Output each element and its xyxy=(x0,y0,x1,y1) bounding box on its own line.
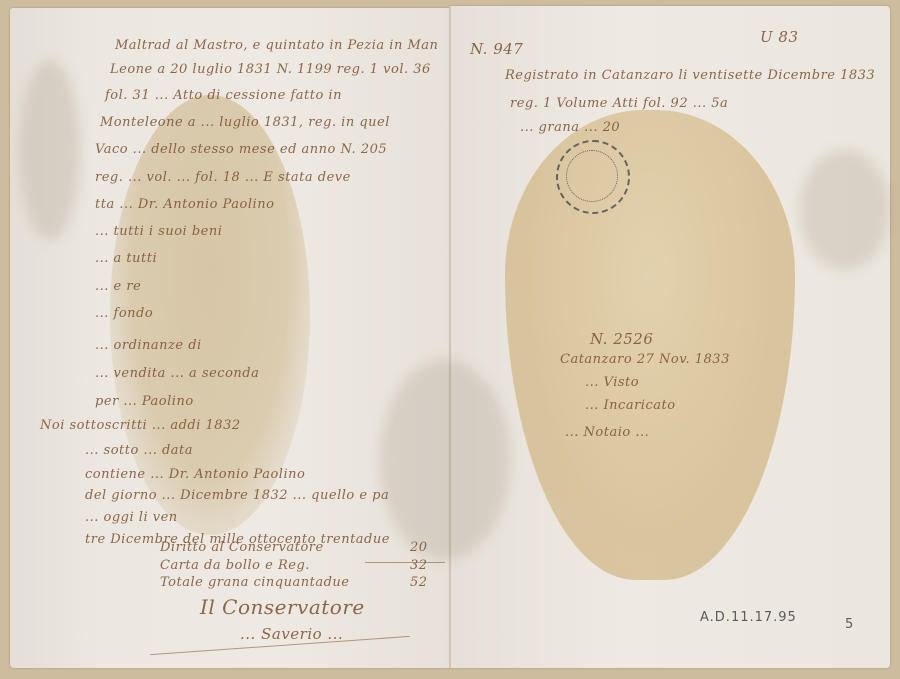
text-line: ... e re xyxy=(95,279,141,294)
signature-second: ... Saverio ... xyxy=(240,625,343,643)
edge-stain-right xyxy=(800,150,890,270)
text-line: ... vendita ... a seconda xyxy=(95,366,259,381)
ink-stamp xyxy=(556,140,630,214)
text-line: ... ordinanze di xyxy=(95,338,202,353)
text-line: ... oggi li ven xyxy=(85,510,178,525)
fee-label: Carta da bollo e Reg. xyxy=(160,558,310,573)
stain-note: ... Incaricato xyxy=(585,398,676,413)
text-line: del giorno ... Dicembre 1832 ... quello … xyxy=(85,488,389,503)
document-number: N. 947 xyxy=(470,40,523,58)
text-line: Leone a 20 luglio 1831 N. 1199 reg. 1 vo… xyxy=(110,62,431,77)
catalog-number: A.D.11.17.95 xyxy=(700,610,797,625)
text-line: ... a tutti xyxy=(95,251,157,266)
fee-value: 32 xyxy=(410,558,428,573)
sum-rule xyxy=(365,562,445,563)
water-stain xyxy=(380,360,510,560)
fee-value: 52 xyxy=(410,575,428,590)
text-line: Noi sottoscritti ... addi 1832 xyxy=(40,418,241,433)
stain-note: ... Visto xyxy=(585,375,639,390)
corner-mark: 5 xyxy=(845,617,854,632)
text-line: reg. ... vol. ... fol. 18 ... E stata de… xyxy=(95,170,351,185)
fee-label: Totale grana cinquantadue xyxy=(160,575,349,590)
registration-line: Registrato in Catanzaro li ventisette Di… xyxy=(505,68,875,83)
registration-line: reg. 1 Volume Atti fol. 92 ... 5a xyxy=(510,96,728,111)
stain-note: Catanzaro 27 Nov. 1833 xyxy=(560,352,730,367)
text-line: fol. 31 ... Atto di cessione fatto in xyxy=(105,88,342,103)
text-line: per ... Paolino xyxy=(95,394,194,409)
stain-note: ... Notaio ... xyxy=(565,425,649,440)
signature-conservatore: Il Conservatore xyxy=(200,595,365,619)
text-line: Vaco ... dello stesso mese ed anno N. 20… xyxy=(95,142,387,157)
edge-stain xyxy=(20,60,80,240)
folio-number: U 83 xyxy=(760,28,799,46)
text-line: ... fondo xyxy=(95,306,153,321)
page-fold xyxy=(449,6,451,668)
fee-value: 20 xyxy=(410,540,428,555)
text-line: contiene ... Dr. Antonio Paolino xyxy=(85,467,305,482)
fee-label: Diritto al Conservatore xyxy=(160,540,324,555)
text-line: ... tutti i suoi beni xyxy=(95,224,222,239)
text-line: tta ... Dr. Antonio Paolino xyxy=(95,197,274,212)
text-line: Monteleone a ... luglio 1831, reg. in qu… xyxy=(100,115,390,130)
text-line: ... sotto ... data xyxy=(85,443,193,458)
text-line: Maltrad al Mastro, e quintato in Pezia i… xyxy=(115,38,438,53)
registration-line: ... grana ... 20 xyxy=(520,120,620,135)
stain-note: N. 2526 xyxy=(590,330,653,348)
